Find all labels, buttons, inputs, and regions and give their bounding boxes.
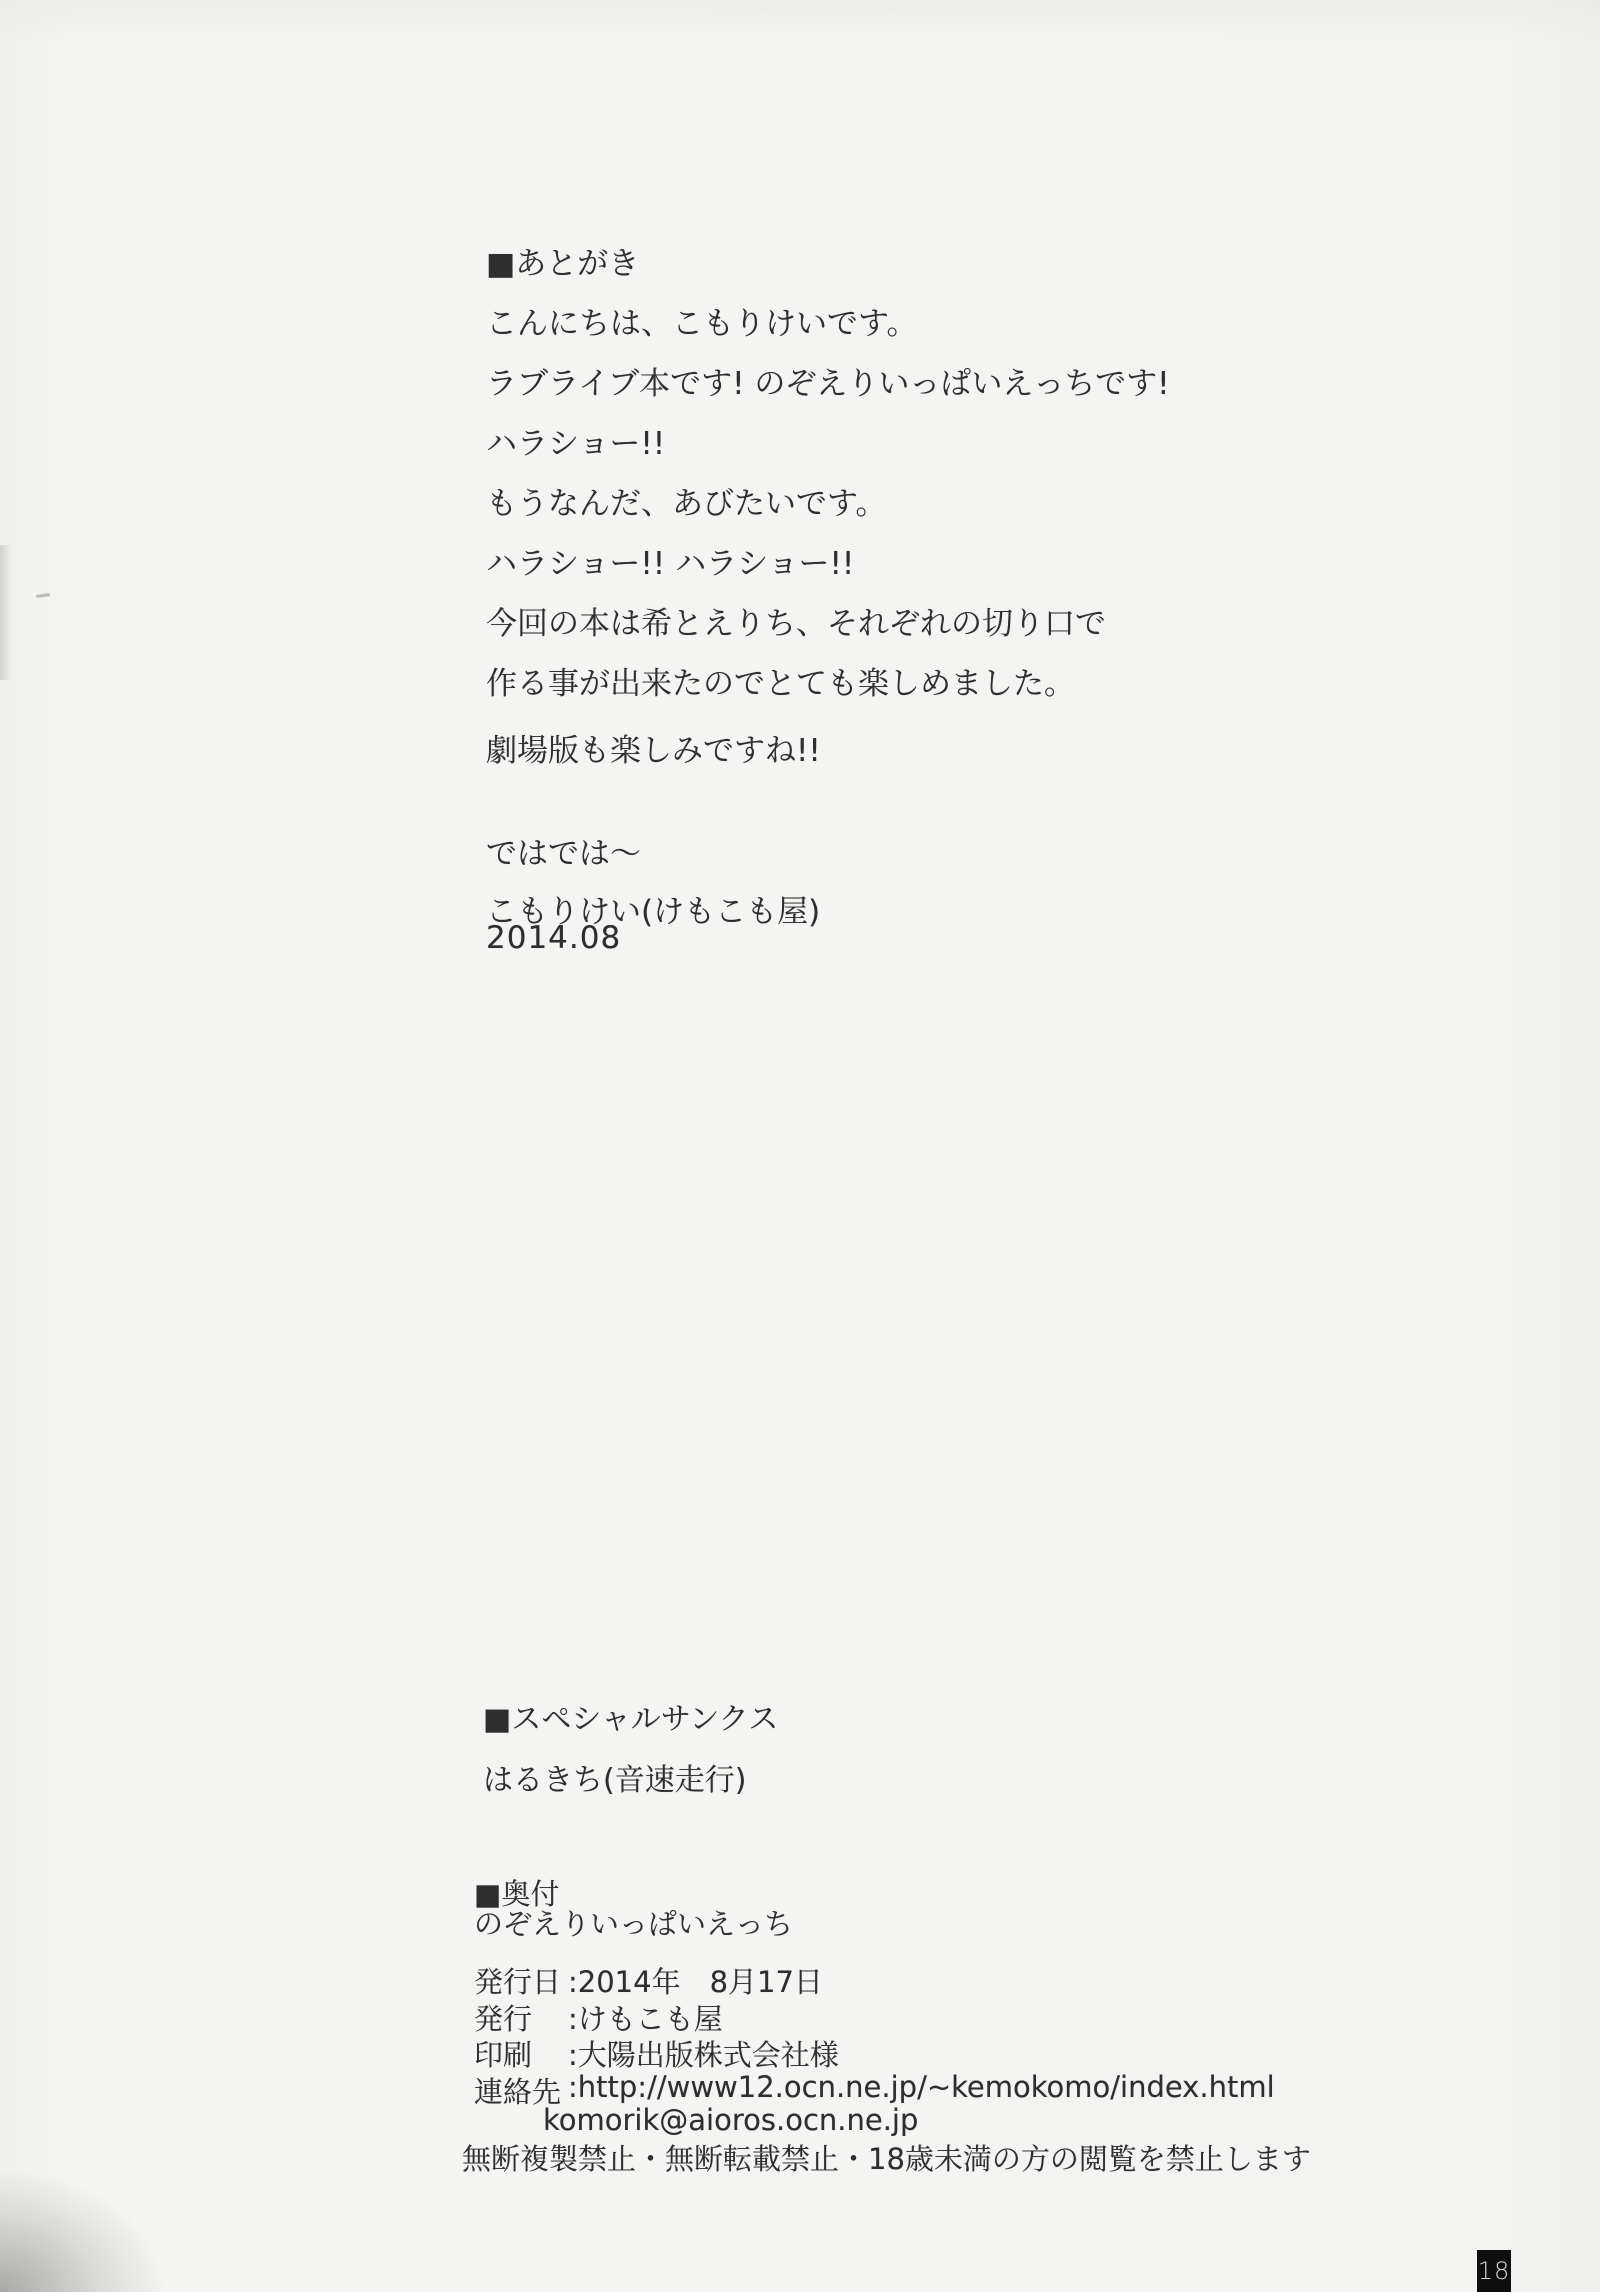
scan-artifact-smudge xyxy=(0,2130,260,2292)
page-number: 18 xyxy=(1477,2250,1511,2292)
afterword-line: 劇場版も楽しみですね!! xyxy=(486,725,821,770)
afterword-line: もうなんだ、あびたいです。 xyxy=(486,478,887,523)
colophon-value: :けもこも屋 xyxy=(568,1997,723,2038)
colophon-value: :2014年 8月17日 xyxy=(568,1960,823,2001)
afterword-line: ハラショー!! ハラショー!! xyxy=(486,538,854,583)
colophon-label: 印刷 xyxy=(474,2033,568,2074)
colophon-row-publish-date: 発行日 :2014年 8月17日 xyxy=(474,1960,823,2001)
afterword-date: 2014.08 xyxy=(486,920,621,956)
special-thanks-heading: ■スペシャルサンクス xyxy=(483,1694,778,1738)
colophon-row-printer: 印刷 :大陽出版株式会社様 xyxy=(474,2033,839,2074)
colophon-value: :大陽出版株式会社様 xyxy=(568,2033,839,2074)
afterword-closing: ではでは～ xyxy=(486,828,641,873)
afterword-line: ラブライブ本です! のぞえりいっぱいえっちです! xyxy=(486,358,1170,403)
colophon-row-publisher: 発行 :けもこも屋 xyxy=(474,1997,723,2038)
contact-email: komorik@aioros.ocn.ne.jp xyxy=(543,2103,918,2137)
book-title: のぞえりいっぱいえっち xyxy=(474,1902,793,1943)
scan-artifact-speck xyxy=(36,593,50,598)
colophon-label: 発行日 xyxy=(474,1960,568,2001)
afterword-line: 今回の本は希とえりち、それぞれの切り口で xyxy=(486,598,1106,643)
afterword-heading: ■あとがき xyxy=(486,238,639,283)
copyright-notice: 無断複製禁止・無断転載禁止・18歳未満の方の閲覧を禁止します xyxy=(462,2137,1311,2178)
afterword-line: ハラショー!! xyxy=(486,418,665,463)
scan-artifact-streak xyxy=(0,545,12,680)
afterword-line: こんにちは、こもりけいです。 xyxy=(486,298,918,343)
afterword-line: 作る事が出来たのでとても楽しめました。 xyxy=(486,658,1075,703)
special-thanks-name: はるきち(音速走行) xyxy=(483,1755,746,1799)
scanned-afterword-page: ■あとがき こんにちは、こもりけいです。 ラブライブ本です! のぞえりいっぱいえ… xyxy=(0,0,1600,2292)
colophon-label: 発行 xyxy=(474,1997,568,2038)
scan-shade-top xyxy=(0,0,1600,40)
